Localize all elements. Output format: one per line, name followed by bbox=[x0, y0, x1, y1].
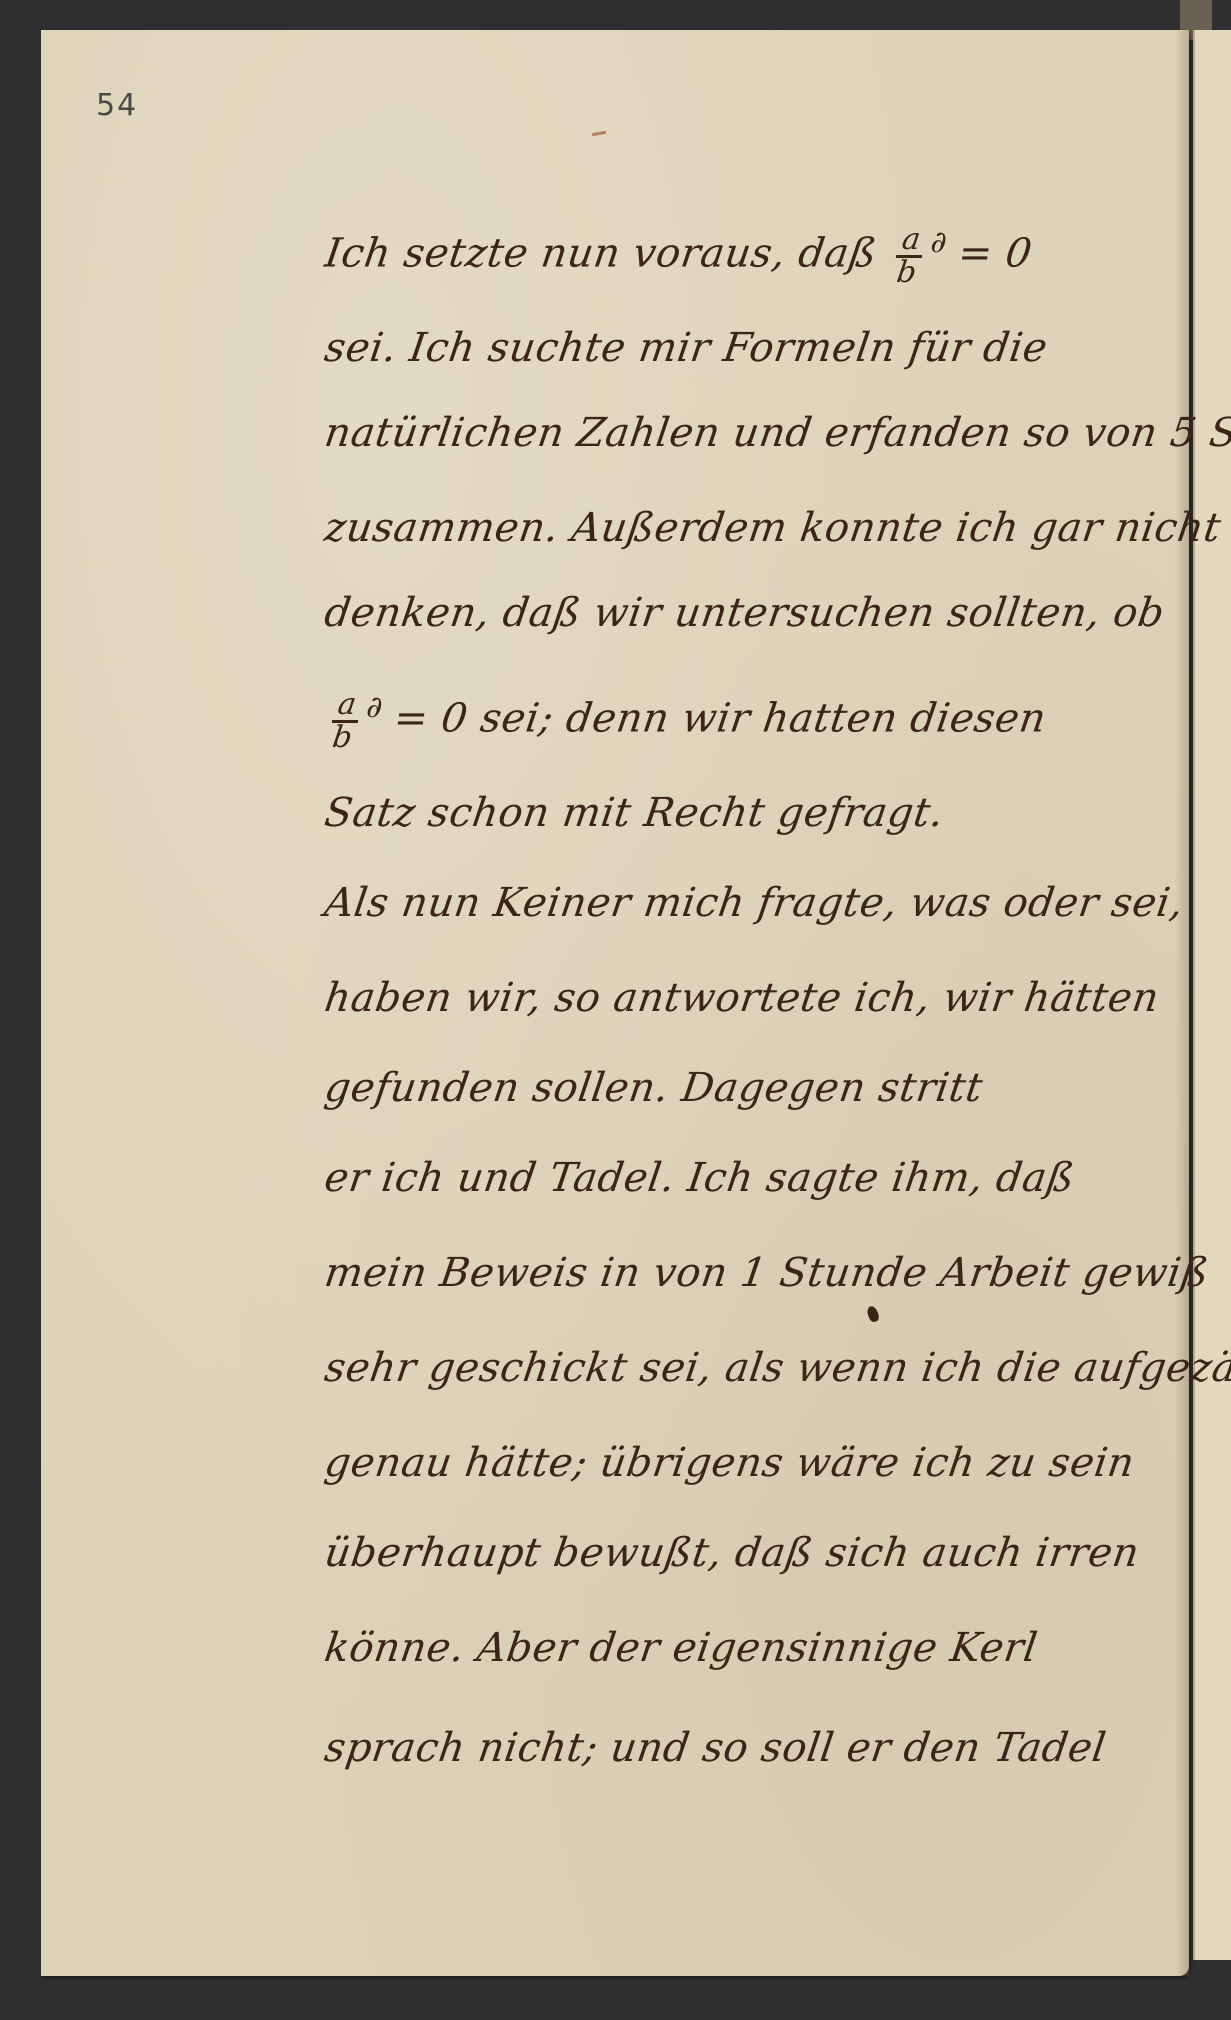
equals-zero: = 0 bbox=[955, 231, 1035, 277]
manuscript-line-12: mein Beweis in von 1 Stunde Arbeit gewiß bbox=[322, 1250, 1212, 1296]
line-text: sei; denn wir hatten diesen bbox=[478, 696, 1049, 742]
manuscript-line-6: a b ∂ = 0 sei; denn wir hatten diesen bbox=[321, 690, 1050, 753]
fraction-denominator: b bbox=[327, 723, 359, 753]
manuscript-line-14: genau hätte; übrigens wäre ich zu sein bbox=[322, 1440, 1138, 1486]
fraction-numerator: a bbox=[896, 225, 927, 258]
next-page-edge bbox=[1193, 30, 1231, 1960]
manuscript-line-5: denken, daß wir untersuchen sollten, ob bbox=[322, 590, 1168, 636]
manuscript-line-15: überhaupt bewußt, daß sich auch irren bbox=[322, 1530, 1142, 1576]
folio-number: 54 bbox=[96, 88, 138, 123]
page-fold-shadow bbox=[1175, 30, 1189, 1976]
manuscript-line-16: könne. Aber der eigensinnige Kerl bbox=[322, 1625, 1041, 1671]
manuscript-line-11: er ich und Tadel. Ich sagte ihm, daß bbox=[322, 1155, 1078, 1201]
manuscript-line-1: Ich setzte nun voraus, daß a b ∂ = 0 bbox=[321, 225, 1036, 288]
manuscript-line-2: sei. Ich suchte mir Formeln für die bbox=[322, 325, 1051, 371]
manuscript-line-17: sprach nicht; und so soll er den Tadel bbox=[322, 1725, 1109, 1771]
superscript: ∂ bbox=[364, 690, 385, 725]
fraction-numerator: a bbox=[331, 690, 362, 723]
superscript: ∂ bbox=[928, 225, 949, 260]
manuscript-line-10: gefunden sollen. Dagegen stritt bbox=[322, 1065, 986, 1111]
manuscript-line-7: Satz schon mit Recht gefragt. bbox=[322, 790, 947, 836]
manuscript-line-4: zusammen. Außerdem konnte ich gar nicht bbox=[322, 505, 1224, 551]
fraction: a b bbox=[327, 690, 364, 753]
equals-zero: = 0 bbox=[391, 696, 471, 742]
line-text: Ich setzte nun voraus, daß bbox=[322, 231, 879, 277]
manuscript-line-9: haben wir, so antwortete ich, wir hätten bbox=[322, 975, 1162, 1021]
fraction: a b bbox=[891, 225, 928, 288]
manuscript-line-3: natürlichen Zahlen und erfanden so von 5… bbox=[322, 410, 1231, 456]
manuscript-line-13: sehr geschickt sei, als wenn ich die auf… bbox=[322, 1345, 1231, 1391]
manuscript-line-8: Als nun Keiner mich fragte, was oder sei… bbox=[322, 880, 1187, 926]
fraction-denominator: b bbox=[891, 258, 923, 288]
